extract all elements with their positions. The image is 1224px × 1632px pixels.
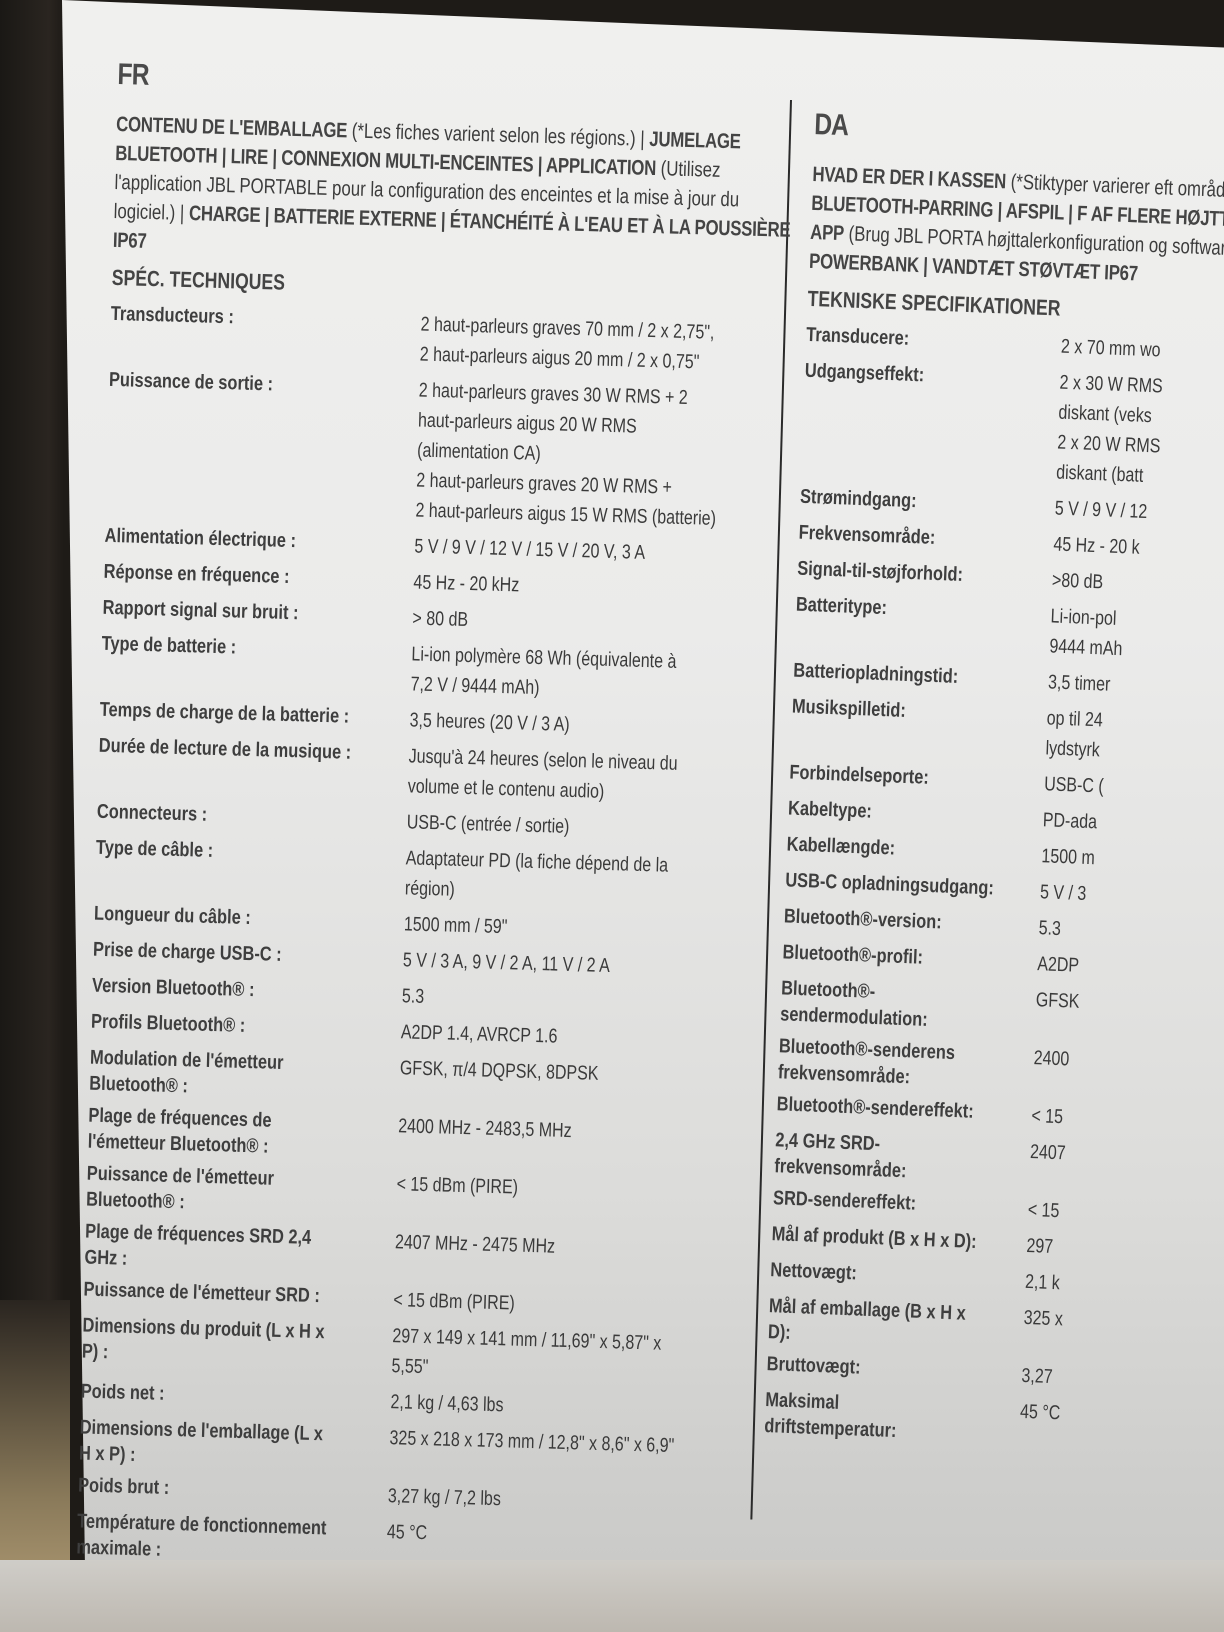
spec-label: Dimensions du produit (L x H x P) : <box>82 1313 338 1372</box>
spec-label: Musikspilletid: <box>792 694 1002 728</box>
spec-label: Poids net : <box>80 1378 335 1411</box>
spec-value: 45 Hz - 20 kHz <box>413 567 718 605</box>
spec-label: Bluetooth®-profil: <box>782 939 992 973</box>
spec-row: Transducteurs :2 haut-parleurs graves 70… <box>110 301 801 380</box>
spec-value: A2DP 1.4, AVRCP 1.6 <box>400 1017 705 1055</box>
spec-label: Strømindgang: <box>800 484 1010 518</box>
spec-label: SRD-sendereffekt: <box>773 1185 983 1219</box>
spec-label: Plage de fréquences de l'émetteur Blueto… <box>87 1103 343 1162</box>
intro-keyword: CONTENU DE L'EMBALLAGE <box>116 113 348 142</box>
spec-value: 2407 MHz - 2475 MHz <box>395 1227 700 1265</box>
spec-row: Batteritype:Li-ion-pol 9444 mAh <box>794 592 1224 671</box>
spec-value: < 15 dBm (PIRE) <box>396 1169 701 1207</box>
spec-value: USB-C (entrée / sortie) <box>406 807 711 845</box>
spec-label: Udgangseffekt: <box>804 358 1014 392</box>
spec-value: 325 x <box>1023 1303 1220 1341</box>
spec-label: Bluetooth®-sendermodulation: <box>780 975 991 1035</box>
spec-value: > 80 dB <box>412 603 717 641</box>
spec-label: Bluetooth®-version: <box>783 903 993 937</box>
spec-value: 2407 <box>1030 1137 1224 1175</box>
spec-row: Puissance de sortie :2 haut-parleurs gra… <box>105 367 799 536</box>
spec-label: Connecteurs : <box>97 799 352 832</box>
package-contents-intro: HVAD ER DER I KASSEN (*Stiktyper variere… <box>809 160 1224 296</box>
spec-label: Bluetooth®-senderens frekvensområde: <box>777 1033 988 1093</box>
intro-text: (*Stiktyper varierer eft <box>1006 170 1174 199</box>
spec-label: Poids brut : <box>78 1472 333 1505</box>
spec-label: Durée de lecture de la musique : <box>98 733 353 766</box>
spec-label: Plage de fréquences SRD 2,4 GHz : <box>84 1219 340 1278</box>
spec-value: Jusqu'à 24 heures (selon le niveau du vo… <box>407 741 713 809</box>
spec-value: A2DP <box>1037 949 1224 987</box>
spec-value: < 15 dBm (PIRE) <box>393 1285 698 1323</box>
intro-text: område.) | <box>1173 177 1224 203</box>
spec-label: Temps de charge de la batterie : <box>99 697 354 730</box>
spec-value: 2,1 kg / 4,63 lbs <box>390 1387 695 1425</box>
spec-value: 1500 m <box>1041 841 1224 879</box>
spec-value: 45 °C <box>387 1517 692 1555</box>
spec-label: Puissance de sortie : <box>109 367 364 400</box>
spec-value: 325 x 218 x 173 mm / 12,8" x 8,6" x 6,9" <box>389 1423 694 1461</box>
spec-value: 5.3 <box>1038 913 1224 951</box>
spec-label: Longueur du câble : <box>94 901 349 934</box>
spec-value: 3,27 <box>1021 1361 1218 1399</box>
spec-label: Transducteurs : <box>110 301 365 334</box>
spec-value: 45 °C <box>1020 1397 1217 1435</box>
spec-label: Transducere: <box>806 322 1016 356</box>
spec-value: GFSK <box>1035 985 1224 1023</box>
spec-label: Rapport signal sur bruit : <box>102 595 357 628</box>
spec-value: USB-C ( <box>1044 769 1224 807</box>
spec-value: Li-ion polymère 68 Wh (équivalente à 7,2… <box>410 639 716 707</box>
spec-row: Udgangseffekt:2 x 30 W RMS diskant (veks… <box>801 358 1224 497</box>
spec-value: 5 V / 9 V / 12 <box>1054 494 1224 532</box>
spec-value: 2400 MHz - 2483,5 MHz <box>398 1111 703 1149</box>
spec-value: 3,5 heures (20 V / 3 A) <box>409 705 714 743</box>
spec-value: < 15 <box>1027 1195 1224 1233</box>
spec-value: 5 V / 9 V / 12 V / 15 V / 20 V, 3 A <box>414 531 719 569</box>
spec-value: 5 V / 3 <box>1039 877 1224 915</box>
spec-value: Li-ion-pol 9444 mAh <box>1049 601 1224 668</box>
spec-label: Maksimal driftstemperatur: <box>764 1387 975 1447</box>
spec-value: 5.3 <box>401 981 706 1019</box>
spec-value: < 15 <box>1031 1101 1224 1139</box>
spec-label: Puissance de l'émetteur SRD : <box>83 1277 338 1310</box>
spec-value: 297 x 149 x 141 mm / 11,69" x 5,87" x 5,… <box>391 1321 697 1389</box>
spec-label: Température de fonctionnement maximale : <box>76 1508 332 1567</box>
spec-label: Kabeltype: <box>788 795 998 829</box>
spec-label: Alimentation électrique : <box>104 523 359 556</box>
intro-keyword: POWERBANK | VANDTÆT STØVTÆT IP67 <box>809 250 1139 286</box>
spec-value: 45 Hz - 20 k <box>1053 529 1224 567</box>
intro-keyword: HVAD ER DER I KASSEN <box>812 163 1006 193</box>
spec-value: 1500 mm / 59" <box>404 909 709 947</box>
intro-text: (*Les fiches varient selon les régions.)… <box>347 119 650 150</box>
spec-value: 2 haut-parleurs graves 70 mm / 2 x 2,75"… <box>419 310 725 378</box>
spec-value: GFSK, π/4 DQPSK, 8DPSK <box>399 1053 704 1091</box>
spec-label: Type de câble : <box>96 835 351 868</box>
spec-value: 2 x 70 mm wo <box>1060 332 1224 370</box>
spec-label: Batteriopladningstid: <box>793 658 1003 692</box>
spec-value: PD-ada <box>1042 805 1224 843</box>
spec-value: 2,1 k <box>1025 1267 1222 1305</box>
spec-label: Mål af produkt (B x H x D): <box>771 1221 981 1255</box>
spec-label: Kabellængde: <box>786 831 996 865</box>
spec-value: 2 x 30 W RMS diskant (veks 2 x 20 W RMS … <box>1056 368 1224 495</box>
spec-label: Batteritype: <box>795 592 1005 626</box>
spec-value: 3,5 timer <box>1048 667 1224 705</box>
package-contents-intro: CONTENU DE L'EMBALLAGE (*Les fiches vari… <box>112 110 804 274</box>
spec-label: USB-C opladningsudgang: <box>785 867 995 901</box>
spec-row: Dimensions du produit (L x H x P) :297 x… <box>81 1313 772 1392</box>
column-da: DA HVAD ER DER I KASSEN (*Stiktyper vari… <box>764 108 1224 1464</box>
spec-value: 3,27 kg / 7,2 lbs <box>388 1481 693 1519</box>
spec-row: Type de batterie :Li-ion polymère 68 Wh … <box>100 631 791 710</box>
spec-label: Puissance de l'émetteur Bluetooth® : <box>86 1161 342 1220</box>
spec-list: Transducere:2 x 70 mm woUdgangseffekt:2 … <box>764 322 1224 1458</box>
spec-label: Prise de charge USB-C : <box>93 937 348 970</box>
spec-row: Durée de lecture de la musique :Jusqu'à … <box>97 733 788 812</box>
spec-list: Transducteurs :2 haut-parleurs graves 70… <box>76 301 801 1580</box>
spec-label: 2,4 GHz SRD-frekvensområde: <box>774 1127 985 1187</box>
spec-label: Profils Bluetooth® : <box>91 1009 346 1042</box>
spec-value: >80 dB <box>1051 565 1224 603</box>
spec-label: Type de batterie : <box>101 631 356 664</box>
spec-label: Frekvensområde: <box>798 520 1008 554</box>
spec-value: 297 <box>1026 1231 1223 1269</box>
intro-keyword: BLUETOOTH-PARRING | AFSPIL | F <box>811 192 1088 226</box>
spec-row: Musikspilletid:op til 24 lydstyrk <box>790 694 1224 773</box>
spec-label: Forbindelseporte: <box>789 760 999 794</box>
spec-value: 5 V / 3 A, 9 V / 2 A, 11 V / 2 A <box>402 945 707 983</box>
spec-value: op til 24 lydstyrk <box>1045 703 1224 770</box>
column-fr: FR CONTENU DE L'EMBALLAGE (*Les fiches v… <box>76 58 808 1586</box>
spec-value: 2 haut-parleurs graves 30 W RMS + 2 haut… <box>415 376 723 534</box>
spec-label: Nettovægt: <box>770 1257 980 1291</box>
spec-row: Type de câble :Adaptateur PD (la fiche d… <box>95 835 786 914</box>
spec-label: Signal-til-støjforhold: <box>797 556 1007 590</box>
spec-label: Bluetooth®-sendereffekt: <box>776 1091 986 1125</box>
spec-label: Dimensions de l'emballage (L x H x P) : <box>79 1414 335 1473</box>
spec-label: Réponse en fréquence : <box>103 559 358 592</box>
spec-label: Mål af emballage (B x H x D): <box>767 1293 978 1353</box>
specs-title: SPÉC. TECHNIQUES <box>111 265 592 304</box>
spec-value: Adaptateur PD (la fiche dépend de la rég… <box>405 843 711 911</box>
spec-label: Bruttovægt: <box>766 1351 976 1385</box>
spec-label: Version Bluetooth® : <box>92 973 347 1006</box>
spec-row: Maksimal driftstemperatur:45 °C <box>764 1387 1224 1458</box>
spec-value: 2400 <box>1033 1043 1224 1081</box>
spec-row: Température de fonctionnement maximale :… <box>76 1508 767 1579</box>
spec-label: Modulation de l'émetteur Bluetooth® : <box>89 1045 345 1104</box>
